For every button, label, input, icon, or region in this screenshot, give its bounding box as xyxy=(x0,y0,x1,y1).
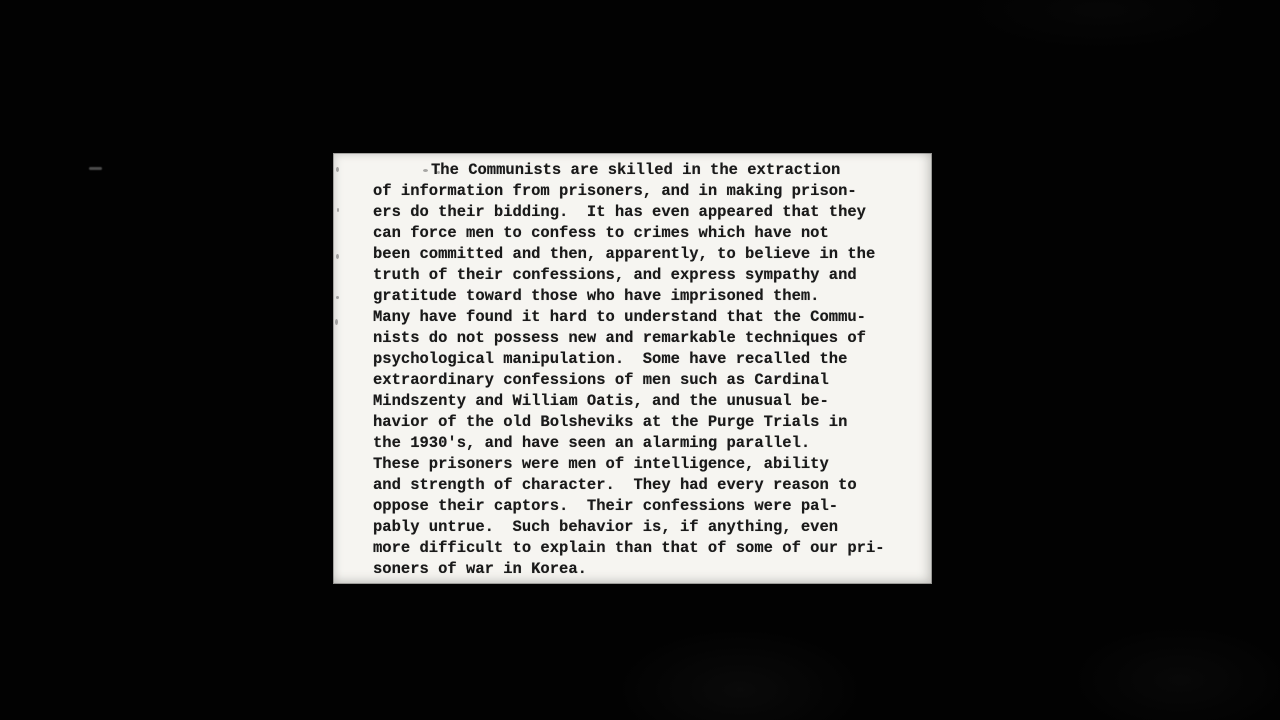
document-text-block: The Communists are skilled in the extrac… xyxy=(373,160,913,580)
text-line: psychological manipulation. Some have re… xyxy=(373,349,913,370)
scan-speck xyxy=(335,319,338,325)
text-line: been committed and then, apparently, to … xyxy=(373,244,913,265)
text-line: ers do their bidding. It has even appear… xyxy=(373,202,913,223)
text-line: The Communists are skilled in the extrac… xyxy=(373,160,913,181)
text-line: the 1930's, and have seen an alarming pa… xyxy=(373,433,913,454)
text-line: nists do not possess new and remarkable … xyxy=(373,328,913,349)
video-frame: The Communists are skilled in the extrac… xyxy=(0,0,1280,720)
text-line: soners of war in Korea. xyxy=(373,559,913,580)
scan-speck xyxy=(337,208,339,212)
scan-speck xyxy=(336,167,339,172)
text-line: truth of their confessions, and express … xyxy=(373,265,913,286)
text-line: gratitude toward those who have imprison… xyxy=(373,286,913,307)
scan-speck xyxy=(336,254,339,259)
scan-speck xyxy=(336,296,339,299)
text-line: oppose their captors. Their confessions … xyxy=(373,496,913,517)
text-line: These prisoners were men of intelligence… xyxy=(373,454,913,475)
text-line: can force men to confess to crimes which… xyxy=(373,223,913,244)
text-line: and strength of character. They had ever… xyxy=(373,475,913,496)
text-line: pably untrue. Such behavior is, if anyth… xyxy=(373,517,913,538)
text-line: Mindszenty and William Oatis, and the un… xyxy=(373,391,913,412)
text-line: havior of the old Bolsheviks at the Purg… xyxy=(373,412,913,433)
scanned-document-page: The Communists are skilled in the extrac… xyxy=(333,153,932,584)
text-line: extraordinary confessions of men such as… xyxy=(373,370,913,391)
film-artifact-dash xyxy=(89,167,102,170)
text-line: more difficult to explain than that of s… xyxy=(373,538,913,559)
text-line: of information from prisoners, and in ma… xyxy=(373,181,913,202)
text-line: Many have found it hard to understand th… xyxy=(373,307,913,328)
